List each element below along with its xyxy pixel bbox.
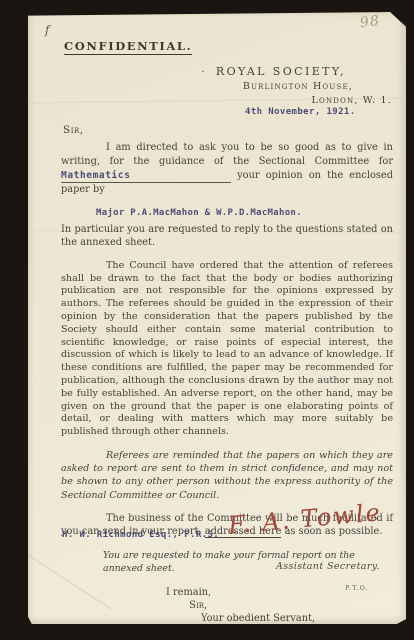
scan-background: 98 f CONFIDENTIAL. ·ROYAL SOCIETY, Burli… — [0, 0, 414, 640]
confidential-heading: CONFIDENTIAL. — [64, 39, 192, 55]
typed-authors-line: Major P.A.MacMahon & W.P.D.MacMahon. — [96, 207, 393, 219]
royal-society-line: ·ROYAL SOCIETY, — [201, 65, 346, 78]
date-line: 4th November, 1921. — [245, 107, 356, 117]
organization-name: ROYAL SOCIETY, — [216, 65, 346, 78]
margin-mark: f — [45, 23, 49, 37]
addressee-line: H. W. Richmond Esq., F.R.S. — [62, 530, 219, 540]
paragraph-4-italic: Referees are reminded that the papers on… — [61, 449, 393, 503]
letter-body: Sir, I am directed to ask you to be so g… — [61, 124, 393, 625]
paragraph-1: I am directed to ask you to be so good a… — [61, 141, 393, 197]
letterhead: ·ROYAL SOCIETY, Burlington House, London… — [201, 65, 406, 106]
letterhead-dash: · — [201, 67, 207, 78]
typed-subject-mathematics: Mathematics — [61, 170, 131, 181]
committee-blank: Mathematics — [61, 169, 231, 184]
london-line: London, W. 1. — [201, 95, 392, 106]
paragraph-2: In particular you are requested to reply… — [61, 223, 393, 250]
closing-sir: Sir, — [189, 599, 393, 612]
paragraph-3: The Council have ordered that the attent… — [61, 260, 393, 439]
page-number-annotation: 98 — [359, 13, 381, 32]
pto-mark: P.T.O. — [345, 584, 369, 592]
paragraph-1-before: I am directed to ask you to be so good a… — [61, 142, 393, 167]
closing-servant: Your obedient Servant, — [201, 612, 393, 625]
letter-paper: 98 f CONFIDENTIAL. ·ROYAL SOCIETY, Burli… — [28, 12, 406, 624]
salutation: Sir, — [63, 124, 393, 136]
closing-block: I remain, Sir, Your obedient Servant, — [61, 586, 393, 625]
corner-fold — [393, 13, 404, 24]
burlington-house-line: Burlington House, — [201, 81, 353, 92]
signature-title: Assistant Secretary. — [276, 561, 380, 572]
